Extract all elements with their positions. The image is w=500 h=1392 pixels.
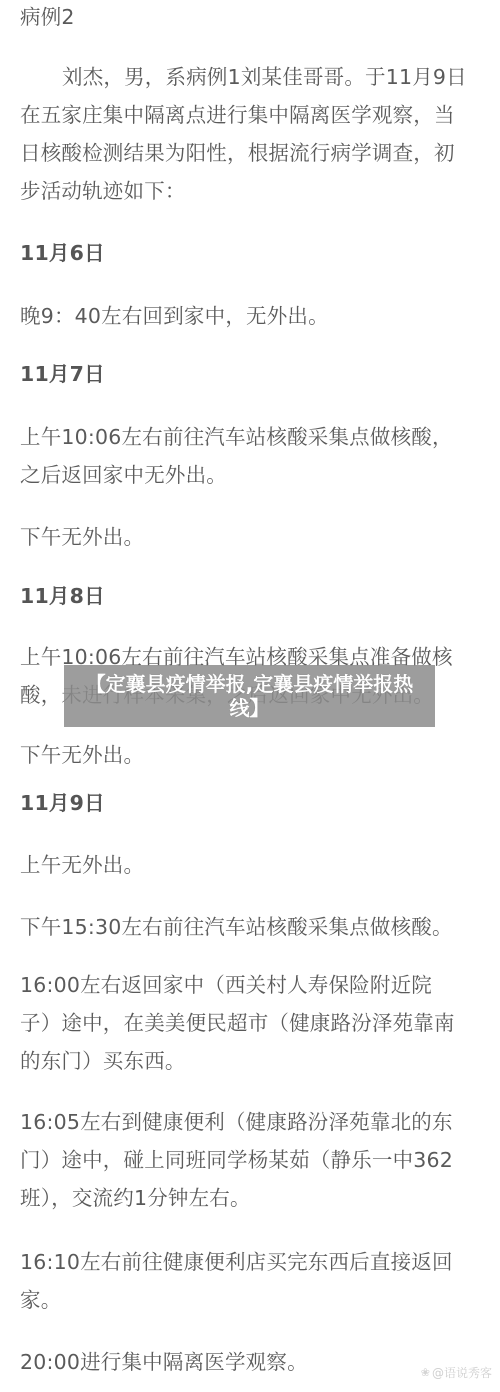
- intro-line-2: 在五家庄集中隔离点进行集中隔离医学观察，当: [20, 101, 455, 129]
- intro-line-1: 刘杰，男，系病例1刘某佳哥哥。于11月9日: [62, 63, 467, 91]
- overlay-title: 【定襄县疫情举报,定襄县疫情举报热线】: [64, 672, 435, 720]
- paw-icon: ❀: [421, 1366, 430, 1379]
- entry-text: 之后返回家中无外出。: [20, 461, 227, 489]
- case-title: 病例2: [20, 3, 75, 31]
- date-heading-nov9: 11月9日: [20, 789, 105, 817]
- intro-line-3: 日核酸检测结果为阳性，根据流行病学调查，初: [20, 139, 455, 167]
- entry-text: 子）途中，在美美便民超市（健康路汾泽苑靠南: [20, 1009, 455, 1037]
- entry-text: 下午15:30左右前往汽车站核酸采集点做核酸。: [20, 913, 453, 941]
- entry-text: 晚9：40左右回到家中，无外出。: [20, 302, 329, 330]
- date-heading-nov6: 11月6日: [20, 239, 105, 267]
- entry-text: 16:00左右返回家中（西关村人寿保险附近院: [20, 971, 432, 999]
- entry-text: 16:05左右到健康便利（健康路汾泽苑靠北的东: [20, 1108, 453, 1136]
- entry-text: 16:10左右前往健康便利店买完东西后直接返回: [20, 1248, 453, 1276]
- entry-text: 20:00进行集中隔离医学观察。: [20, 1348, 308, 1376]
- entry-text: 家。: [20, 1286, 61, 1314]
- entry-text: 上午无外出。: [20, 851, 144, 879]
- entry-text: 下午无外出。: [20, 523, 144, 551]
- entry-text: 门）途中，碰上同班同学杨某茹（静乐一中362: [20, 1146, 453, 1174]
- date-heading-nov7: 11月7日: [20, 360, 105, 388]
- entry-text: 下午无外出。: [20, 741, 144, 769]
- entry-text: 上午10:06左右前往汽车站核酸采集点做核酸，: [20, 423, 453, 451]
- watermark-text: @语说秀客: [432, 1364, 492, 1381]
- entry-text: 班），交流约1分钟左右。: [20, 1184, 251, 1212]
- date-heading-nov8: 11月8日: [20, 582, 105, 610]
- title-overlay-banner: 【定襄县疫情举报,定襄县疫情举报热线】: [64, 665, 435, 727]
- entry-text: 的东门）买东西。: [20, 1047, 186, 1075]
- watermark: ❀ @语说秀客: [421, 1364, 492, 1381]
- intro-line-4: 步活动轨迹如下：: [20, 177, 186, 205]
